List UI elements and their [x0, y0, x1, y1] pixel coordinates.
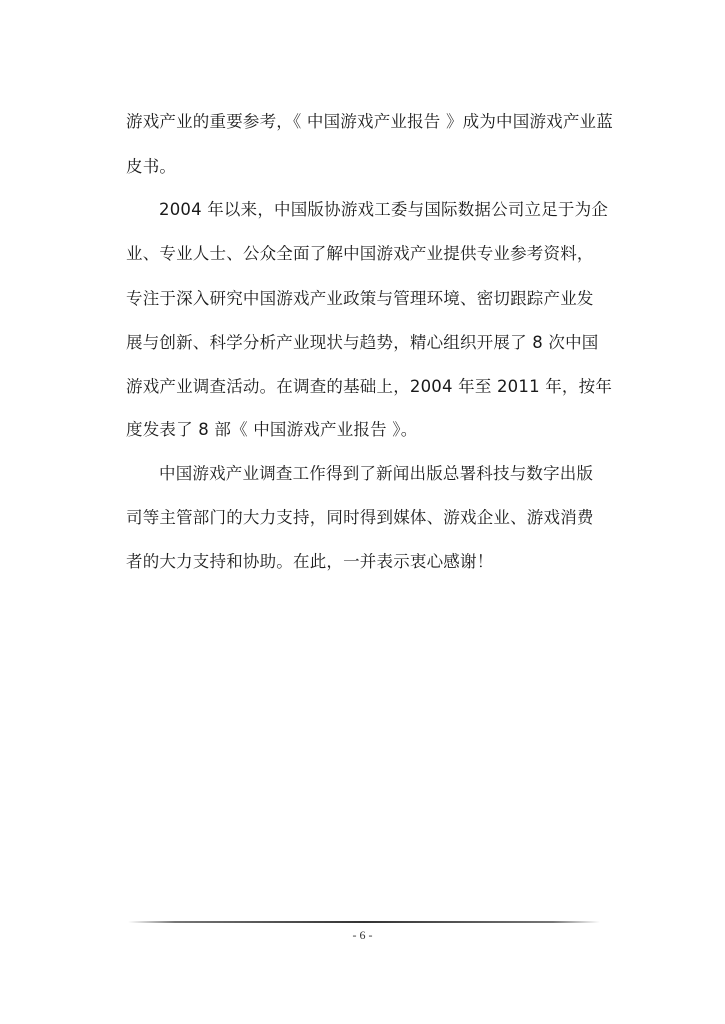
paragraph-2-line-4: 展与创新、科学分析产业现状与趋势，精心组织开展了 8 次中国: [126, 333, 606, 353]
paragraph-1-line-2: 皮书。: [126, 157, 606, 177]
footer-divider: [128, 921, 600, 923]
page-number: - 6 -: [0, 928, 725, 943]
document-page: 游戏产业的重要参考，《 中国游戏产业报告 》成为中国游戏产业蓝 皮书。 2004…: [0, 0, 725, 1024]
paragraph-2-line-2: 业、专业人士、公众全面了解中国游戏产业提供专业参考资料，: [126, 244, 606, 264]
paragraph-1-line-1: 游戏产业的重要参考，《 中国游戏产业报告 》成为中国游戏产业蓝: [126, 112, 606, 132]
paragraph-3-line-3: 者的大力支持和协助。在此，一并表示衷心感谢！: [126, 552, 606, 572]
paragraph-3-line-1: 中国游戏产业调查工作得到了新闻出版总署科技与数字出版: [159, 464, 639, 484]
paragraph-2-line-1: 2004 年以来，中国版协游戏工委与国际数据公司立足于为企: [159, 200, 639, 220]
paragraph-3-line-2: 司等主管部门的大力支持，同时得到媒体、游戏企业、游戏消费: [126, 508, 606, 528]
paragraph-2-line-3: 专注于深入研究中国游戏产业政策与管理环境、密切跟踪产业发: [126, 289, 606, 309]
paragraph-2-line-6: 度发表了 8 部《 中国游戏产业报告 》。: [126, 420, 606, 440]
paragraph-2-line-5: 游戏产业调查活动。在调查的基础上，2004 年至 2011 年，按年: [126, 377, 606, 397]
